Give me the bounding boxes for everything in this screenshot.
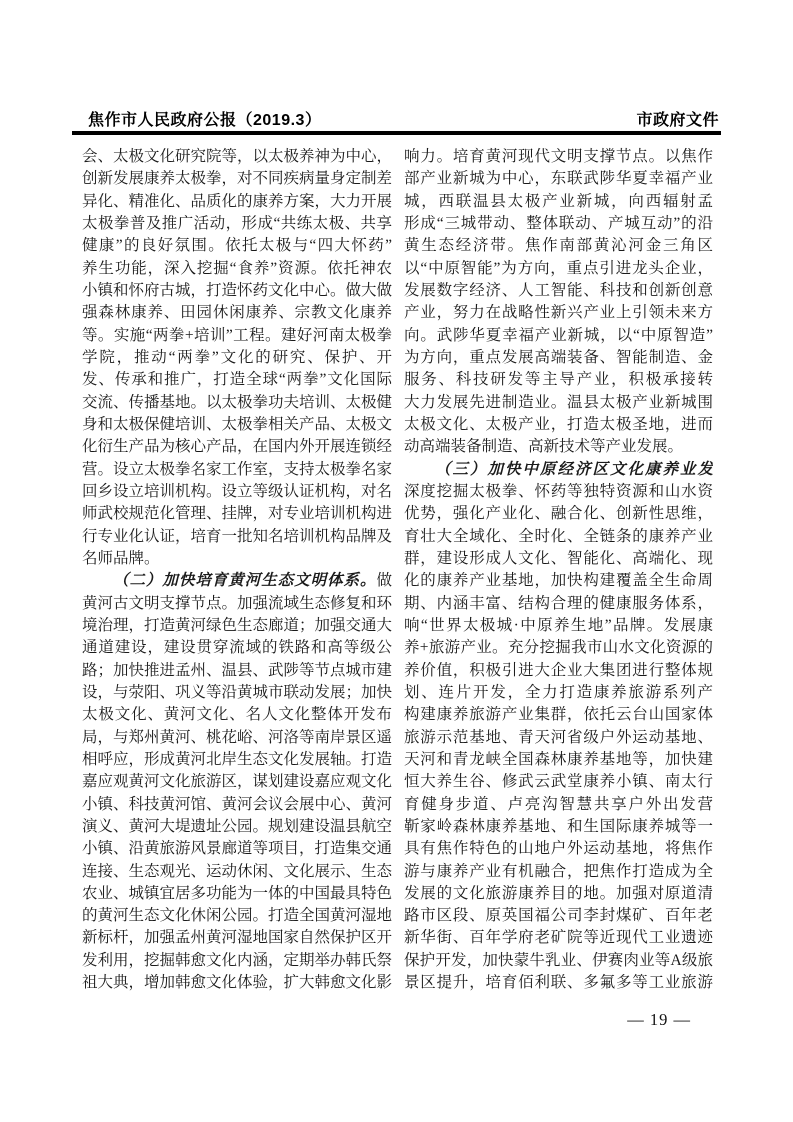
text-line: 黄生态经济带。焦作南部黄沁河金三角区域， xyxy=(404,235,713,257)
text-line: 身和太极保健培训、太极拳相关产品、太极文 xyxy=(82,414,392,436)
text-line: 黄河古文明支撑节点。加强流域生态修复和环 xyxy=(82,593,392,615)
text-line: 创新发展康养太极拳，对不同疾病量身定制差 xyxy=(82,168,392,190)
page-number: — 19 — xyxy=(627,1010,691,1030)
body-text: 创新发展康养太极拳，对不同疾病量身定制差 xyxy=(82,170,392,187)
body-text: 学院，推动“两拳”文化的研究、保护、开 xyxy=(82,349,392,366)
text-line: 构建康养旅游产业集群，依托云台山国家体育 xyxy=(404,704,713,726)
text-column-right: 响力。培育黄河现代文明支撑节点。以焦作南部产业新城为中心，东联武陟华夏幸福产业新… xyxy=(404,146,713,994)
body-text: 为方向，重点发展高端装备、智能制造、金融 xyxy=(404,349,713,369)
header-double-rule xyxy=(72,131,721,135)
text-line: 旅游示范基地、青天河省级户外运动基地、青 xyxy=(404,727,713,749)
text-line: 部产业新城为中心，东联武陟华夏幸福产业新 xyxy=(404,168,713,190)
text-line: 发利用，挖掘韩愈文化内涵，定期举办韩氏祭 xyxy=(82,950,392,972)
text-line: 产业，努力在战略性新兴产业上引领未来方 xyxy=(404,302,713,324)
text-line: 划、连片开发，全力打造康养旅游系列产品， xyxy=(404,682,713,704)
text-line: 太极文化、黄河文化、名人文化整体开发布 xyxy=(82,704,392,726)
body-text: 产业，努力在战略性新兴产业上引领未来方 xyxy=(404,304,713,321)
text-line: 天河和青龙峡全国森林康养基地等，加快建设 xyxy=(404,749,713,771)
text-line: 响力。培育黄河现代文明支撑节点。以焦作南 xyxy=(404,146,713,168)
body-text: 农业、城镇宜居多功能为一体的中国最具特色 xyxy=(82,885,392,902)
body-text: 交流、传播基地。以太极拳功夫培训、太极健 xyxy=(82,394,392,411)
text-line: 农业、城镇宜居多功能为一体的中国最具特色 xyxy=(82,883,392,905)
body-text: 化的康养产业基地，加快构建覆盖全生命周 xyxy=(404,572,713,589)
body-text: 旅游示范基地、青天河省级户外运动基地、青 xyxy=(404,729,713,749)
text-line: 行专业化认证，培育一批知名培训机构品牌及 xyxy=(82,526,392,548)
text-line: 为方向，重点发展高端装备、智能制造、金融 xyxy=(404,347,713,369)
text-line: 路；加快推进孟州、温县、武陟等节点城市建 xyxy=(82,660,392,682)
section-heading-text: （三）加快中原经济区文化康养业发展。 xyxy=(404,461,713,481)
body-text: 局，与郑州黄河、桃花峪、河洛等南岸景区遥 xyxy=(82,729,392,746)
text-line: 以“中原智能”为方向，重点引进龙头企业， xyxy=(404,258,713,280)
body-text: 师武校规范化管理、挂牌，对专业培训机构进 xyxy=(82,505,392,522)
body-text: 育壮大全域化、全时化、全链条的康养产业集 xyxy=(404,528,713,548)
body-text: 设，与荥阳、巩义等沿黄城市联动发展；加快 xyxy=(82,684,392,701)
text-line: 游与康养产业有机融合，把焦作打造成为全域 xyxy=(404,861,713,883)
text-line: 营。设立太极拳名家工作室，支持太极拳名家 xyxy=(82,459,392,481)
text-line: 小镇、沿黄旅游风景廊道等项目，打造集交通 xyxy=(82,838,392,860)
text-line: 具有焦作特色的山地户外运动基地，将焦作旅 xyxy=(404,838,713,860)
text-line: 太极拳普及推广活动，形成“共练太极、共享 xyxy=(82,213,392,235)
paragraph-heading-line: （三）加快中原经济区文化康养业发展。 xyxy=(404,459,713,481)
text-line: 动高端装备制造、高新技术等产业发展。 xyxy=(404,436,713,458)
body-text: 健康”的良好氛围。依托太极与“四大怀药” xyxy=(82,237,392,254)
text-line: 太极文化、太极产业，打造太极圣地，进而带 xyxy=(404,414,713,436)
body-text: 形成“三城带动、整体联动、产城互动”的沿 xyxy=(404,215,713,232)
body-text: 祖大典，增加韩愈文化体验，扩大韩愈文化影 xyxy=(82,974,392,991)
body-text: 会、太极文化研究院等，以太极养神为中心， xyxy=(82,148,392,165)
body-text: 发展的文化旅游康养目的地。加强对原道清铁 xyxy=(404,885,713,905)
body-text: 的黄河生态文化休闲公园。打造全国黄河湿地 xyxy=(82,907,392,924)
text-line: 靳家岭森林康养基地、和生国际康养城等一批 xyxy=(404,816,713,838)
body-text: 育健身步道、卢亮沟智慧共享户外出发营地、 xyxy=(404,796,713,816)
body-text: 回乡设立培训机构。设立等级认证机构，对名 xyxy=(82,483,392,500)
text-line: 交流、传播基地。以太极拳功夫培训、太极健 xyxy=(82,392,392,414)
body-text: 响力。培育黄河现代文明支撑节点。以焦作南 xyxy=(404,148,713,168)
body-text: 养价值，积极引进大企业大集团进行整体规 xyxy=(404,662,713,679)
text-line: 恒大养生谷、修武云武堂康养小镇、南太行体 xyxy=(404,771,713,793)
body-text: 小镇、沿黄旅游风景廊道等项目，打造集交通 xyxy=(82,840,392,857)
body-text: 境治理，打造黄河绿色生态廊道；加强交通大 xyxy=(82,617,392,634)
body-text: 名师品牌。 xyxy=(82,550,160,567)
text-line: 异化、精准化、品质化的康养方案，大力开展 xyxy=(82,191,392,213)
body-text: 群，建设形成人文化、智能化、高端化、现代 xyxy=(404,550,713,570)
body-text: 黄河古文明支撑节点。加强流域生态修复和环 xyxy=(82,595,392,612)
body-text: 优势，强化产业化、融合化、创新性思维，培 xyxy=(404,505,713,525)
body-text: 强森林康养、田园休闲康养、宗教文化康养 xyxy=(82,304,392,321)
body-text: 景区提升，培育佰利联、多氟多等工业旅游新 xyxy=(404,974,713,994)
text-line: 祖大典，增加韩愈文化体验，扩大韩愈文化影 xyxy=(82,972,392,994)
text-line: 向。武陟华夏幸福产业新城，以“中原智造” xyxy=(404,325,713,347)
body-text: 太极拳普及推广活动，形成“共练太极、共享 xyxy=(82,215,392,232)
text-line: 服务、科技研发等主导产业，积极承接转移， xyxy=(404,369,713,391)
body-text: 划、连片开发，全力打造康养旅游系列产品， xyxy=(404,684,713,704)
body-text: 以“中原智能”为方向，重点引进龙头企业， xyxy=(404,260,713,277)
text-column-left: 会、太极文化研究院等，以太极养神为中心，创新发展康养太极拳，对不同疾病量身定制差… xyxy=(82,146,392,994)
text-line: 期、内涵丰富、结构合理的健康服务体系，叫 xyxy=(404,593,713,615)
text-line: 回乡设立培训机构。设立等级认证机构，对名 xyxy=(82,481,392,503)
body-text: 服务、科技研发等主导产业，积极承接转移， xyxy=(404,371,713,391)
text-line: 路市区段、原英国福公司李封煤矿、百年老街 xyxy=(404,905,713,927)
text-line: 等。实施“两拳+培训”工程。建好河南太极拳 xyxy=(82,325,392,347)
body-text: 相呼应，形成黄河北岸生态文化发展轴。打造 xyxy=(82,751,392,768)
text-line: 城，西联温县太极产业新城，向西辐射孟州， xyxy=(404,191,713,213)
body-text: 营。设立太极拳名家工作室，支持太极拳名家 xyxy=(82,461,392,478)
body-text: 向。武陟华夏幸福产业新城，以“中原智造” xyxy=(404,327,713,344)
body-text: 化衍生产品为核心产品，在国内外开展连锁经 xyxy=(82,438,392,455)
text-line: 养+旅游产业。充分挖掘我市山水文化资源的康 xyxy=(404,637,713,659)
text-line: 育健身步道、卢亮沟智慧共享户外出发营地、 xyxy=(404,794,713,816)
gazette-page: 焦作市人民政府公报（2019.3） 市政府文件 会、太极文化研究院等，以太极养神… xyxy=(0,0,793,1122)
text-line: 大力发展先进制造业。温县太极产业新城围绕 xyxy=(404,392,713,414)
text-line: 发展的文化旅游康养目的地。加强对原道清铁 xyxy=(404,883,713,905)
text-line: 连接、生态观光、运动休闲、文化展示、生态 xyxy=(82,861,392,883)
body-text: 小镇、科技黄河馆、黄河会议会展中心、黄河 xyxy=(82,796,392,813)
body-text: 路市区段、原英国福公司李封煤矿、百年老街 xyxy=(404,907,713,927)
text-line: 景区提升，培育佰利联、多氟多等工业旅游新 xyxy=(404,972,713,994)
body-text: 大力发展先进制造业。温县太极产业新城围绕 xyxy=(404,394,713,414)
text-line: 小镇和怀府古城，打造怀药文化中心。做大做 xyxy=(82,280,392,302)
body-text: 动高端装备制造、高新技术等产业发展。 xyxy=(404,438,683,455)
paragraph-heading-line: （二）加快培育黄河生态文明体系。做强 xyxy=(82,570,392,592)
body-text: 具有焦作特色的山地户外运动基地，将焦作旅 xyxy=(404,840,713,860)
body-text: 异化、精准化、品质化的康养方案，大力开展 xyxy=(82,193,392,210)
text-line: 化衍生产品为核心产品，在国内外开展连锁经 xyxy=(82,436,392,458)
text-line: 养生功能，深入挖掘“食养”资源。依托神农 xyxy=(82,258,392,280)
text-line: 发、传承和推广，打造全球“两拳”文化国际 xyxy=(82,369,392,391)
text-line: 群，建设形成人文化、智能化、高端化、现代 xyxy=(404,548,713,570)
body-text: 身和太极保健培训、太极拳相关产品、太极文 xyxy=(82,416,392,433)
text-line: 形成“三城带动、整体联动、产城互动”的沿 xyxy=(404,213,713,235)
body-text: 太极文化、太极产业，打造太极圣地，进而带 xyxy=(404,416,713,436)
body-text: 小镇和怀府古城，打造怀药文化中心。做大做 xyxy=(82,282,392,299)
body-text: 保护开发，加快蒙牛乳业、伊赛肉业等A级旅游 xyxy=(404,952,713,972)
body-text: 发利用，挖掘韩愈文化内涵，定期举办韩氏祭 xyxy=(82,952,392,969)
body-text: 构建康养旅游产业集群，依托云台山国家体育 xyxy=(404,706,713,726)
body-text: 新华街、百年学府老矿院等近现代工业遗迹的 xyxy=(404,929,713,949)
text-line: 化的康养产业基地，加快构建覆盖全生命周 xyxy=(404,570,713,592)
text-line: 健康”的良好氛围。依托太极与“四大怀药” xyxy=(82,235,392,257)
body-text: 发、传承和推广，打造全球“两拳”文化国际 xyxy=(82,371,392,388)
body-text: 通道建设，建设贯穿流域的铁路和高等级公 xyxy=(82,639,392,656)
document-category-label: 市政府文件 xyxy=(636,107,719,130)
text-line: 相呼应，形成黄河北岸生态文化发展轴。打造 xyxy=(82,749,392,771)
body-text: 太极文化、黄河文化、名人文化整体开发布 xyxy=(82,706,392,723)
body-text: 部产业新城为中心，东联武陟华夏幸福产业新 xyxy=(404,170,713,190)
text-line: 师武校规范化管理、挂牌，对专业培训机构进 xyxy=(82,503,392,525)
body-text: 深度挖掘太极拳、怀药等独特资源和山水资源 xyxy=(404,483,713,503)
body-text: 发展数字经济、人工智能、科技和创新创意等 xyxy=(404,282,713,302)
text-line: 养价值，积极引进大企业大集团进行整体规 xyxy=(404,660,713,682)
body-text: 嘉应观黄河文化旅游区，谋划建设嘉应观文化 xyxy=(82,773,392,790)
body-text: 天河和青龙峡全国森林康养基地等，加快建设 xyxy=(404,751,713,771)
body-text: 期、内涵丰富、结构合理的健康服务体系，叫 xyxy=(404,595,713,615)
body-text: 靳家岭森林康养基地、和生国际康养城等一批 xyxy=(404,818,713,838)
text-line: 育壮大全域化、全时化、全链条的康养产业集 xyxy=(404,526,713,548)
text-line: 优势，强化产业化、融合化、创新性思维，培 xyxy=(404,503,713,525)
section-heading-text: （二）加快培育黄河生态文明体系。 xyxy=(113,572,376,589)
body-text: 城，西联温县太极产业新城，向西辐射孟州， xyxy=(404,193,713,213)
text-line: 通道建设，建设贯穿流域的铁路和高等级公 xyxy=(82,637,392,659)
text-line: 保护开发，加快蒙牛乳业、伊赛肉业等A级旅游 xyxy=(404,950,713,972)
body-text: 演义、黄河大堤遗址公园。规划建设温县航空 xyxy=(82,818,392,835)
body-text: 新标杆，加强孟州黄河湿地国家自然保护区开 xyxy=(82,929,392,946)
text-line: 境治理，打造黄河绿色生态廊道；加强交通大 xyxy=(82,615,392,637)
text-line: 的黄河生态文化休闲公园。打造全国黄河湿地 xyxy=(82,905,392,927)
text-line: 演义、黄河大堤遗址公园。规划建设温县航空 xyxy=(82,816,392,838)
text-line: 强森林康养、田园休闲康养、宗教文化康养 xyxy=(82,302,392,324)
text-line: 嘉应观黄河文化旅游区，谋划建设嘉应观文化 xyxy=(82,771,392,793)
text-line: 学院，推动“两拳”文化的研究、保护、开 xyxy=(82,347,392,369)
text-line: 设，与荥阳、巩义等沿黄城市联动发展；加快 xyxy=(82,682,392,704)
body-text: 恒大养生谷、修武云武堂康养小镇、南太行体 xyxy=(404,773,713,793)
text-line: 会、太极文化研究院等，以太极养神为中心， xyxy=(82,146,392,168)
text-line: 深度挖掘太极拳、怀药等独特资源和山水资源 xyxy=(404,481,713,503)
body-text: 黄生态经济带。焦作南部黄沁河金三角区域， xyxy=(404,237,713,257)
body-text: 行专业化认证，培育一批知名培训机构品牌及 xyxy=(82,528,392,545)
body-text: 养生功能，深入挖掘“食养”资源。依托神农 xyxy=(82,260,392,277)
text-line: 小镇、科技黄河馆、黄河会议会展中心、黄河 xyxy=(82,794,392,816)
body-text: 响“世界太极城·中原养生地”品牌。发展康 xyxy=(404,617,713,634)
text-line: 响“世界太极城·中原养生地”品牌。发展康 xyxy=(404,615,713,637)
body-text: 养+旅游产业。充分挖掘我市山水文化资源的康 xyxy=(404,639,713,659)
text-line: 名师品牌。 xyxy=(82,548,392,570)
text-line: 局，与郑州黄河、桃花峪、河洛等南岸景区遥 xyxy=(82,727,392,749)
body-text: 路；加快推进孟州、温县、武陟等节点城市建 xyxy=(82,662,392,679)
body-text: 等。实施“两拳+培训”工程。建好河南太极拳 xyxy=(82,327,392,344)
body-text: 游与康养产业有机融合，把焦作打造成为全域 xyxy=(404,863,713,883)
text-line: 新华街、百年学府老矿院等近现代工业遗迹的 xyxy=(404,927,713,949)
text-line: 新标杆，加强孟州黄河湿地国家自然保护区开 xyxy=(82,927,392,949)
gazette-title: 焦作市人民政府公报（2019.3） xyxy=(88,107,321,130)
body-text: 连接、生态观光、运动休闲、文化展示、生态 xyxy=(82,863,392,880)
text-line: 发展数字经济、人工智能、科技和创新创意等 xyxy=(404,280,713,302)
